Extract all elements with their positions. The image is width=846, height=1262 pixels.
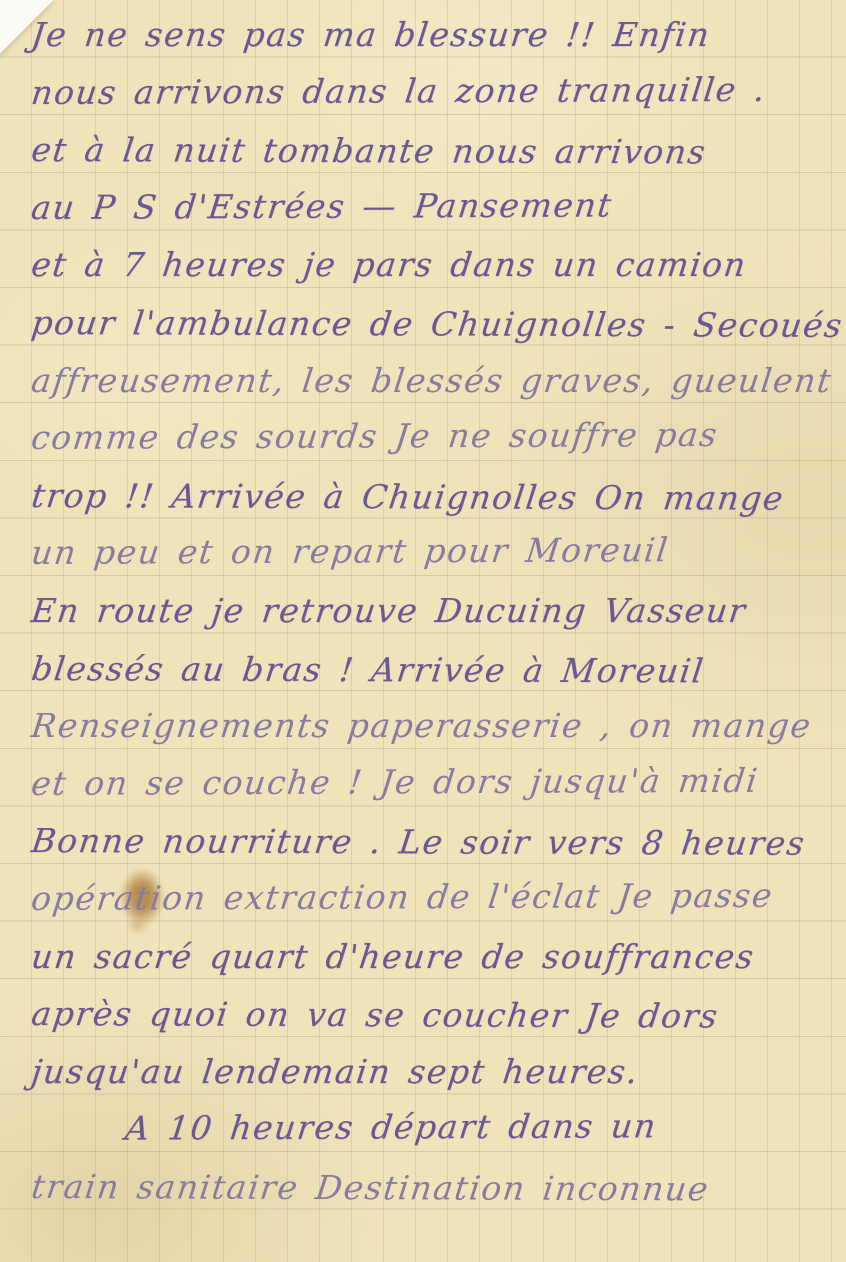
handwriting-line: A 10 heures départ dans un bbox=[28, 1097, 839, 1158]
handwriting-line: nous arrivons dans la zone tranquille . bbox=[28, 60, 839, 121]
handwriting-line: et à la nuit tombante nous arrivons bbox=[28, 121, 839, 181]
manuscript-page: Je ne sens pas ma blessure !! Enfin nous… bbox=[0, 0, 846, 1262]
handwriting-line: et on se couche ! Je dors jusqu'à midi bbox=[28, 751, 839, 812]
handwriting-line: jusqu'au lendemain sept heures. bbox=[28, 1043, 839, 1101]
handwriting-line: En route je retrouve Ducuing Vasseur bbox=[28, 582, 839, 640]
handwriting-line: au P S d'Estrées — Pansement bbox=[28, 175, 839, 236]
handwriting-line: Je ne sens pas ma blessure !! Enfin bbox=[28, 6, 839, 64]
handwriting-line: après quoi on va se coucher Je dors bbox=[28, 985, 839, 1045]
handwriting-line: pour l'ambulance de Chuignolles - Secoué… bbox=[28, 294, 839, 354]
handwriting-line: blessés au bras ! Arrivée à Moreuil bbox=[28, 640, 839, 700]
handwriting-line: et à 7 heures je pars dans un camion bbox=[28, 236, 839, 294]
handwriting-line: train sanitaire Destination inconnue bbox=[28, 1158, 839, 1218]
handwriting-line: un sacré quart d'heure de souffrances bbox=[28, 928, 839, 986]
handwriting-line: opération extraction de l'éclat Je passe bbox=[28, 866, 839, 927]
handwriting-line: Bonne nourriture . Le soir vers 8 heures bbox=[28, 812, 839, 872]
handwriting-line: Renseignements paperasserie , on mange bbox=[28, 697, 839, 755]
handwriting-line: trop !! Arrivée à Chuignolles On mange bbox=[28, 467, 839, 527]
handwriting-line: comme des sourds Je ne souffre pas bbox=[28, 406, 839, 467]
handwritten-text: Je ne sens pas ma blessure !! Enfin nous… bbox=[28, 6, 832, 1215]
handwriting-line: un peu et on repart pour Moreuil bbox=[28, 521, 839, 582]
handwriting-line: affreusement, les blessés graves, gueule… bbox=[28, 352, 839, 410]
